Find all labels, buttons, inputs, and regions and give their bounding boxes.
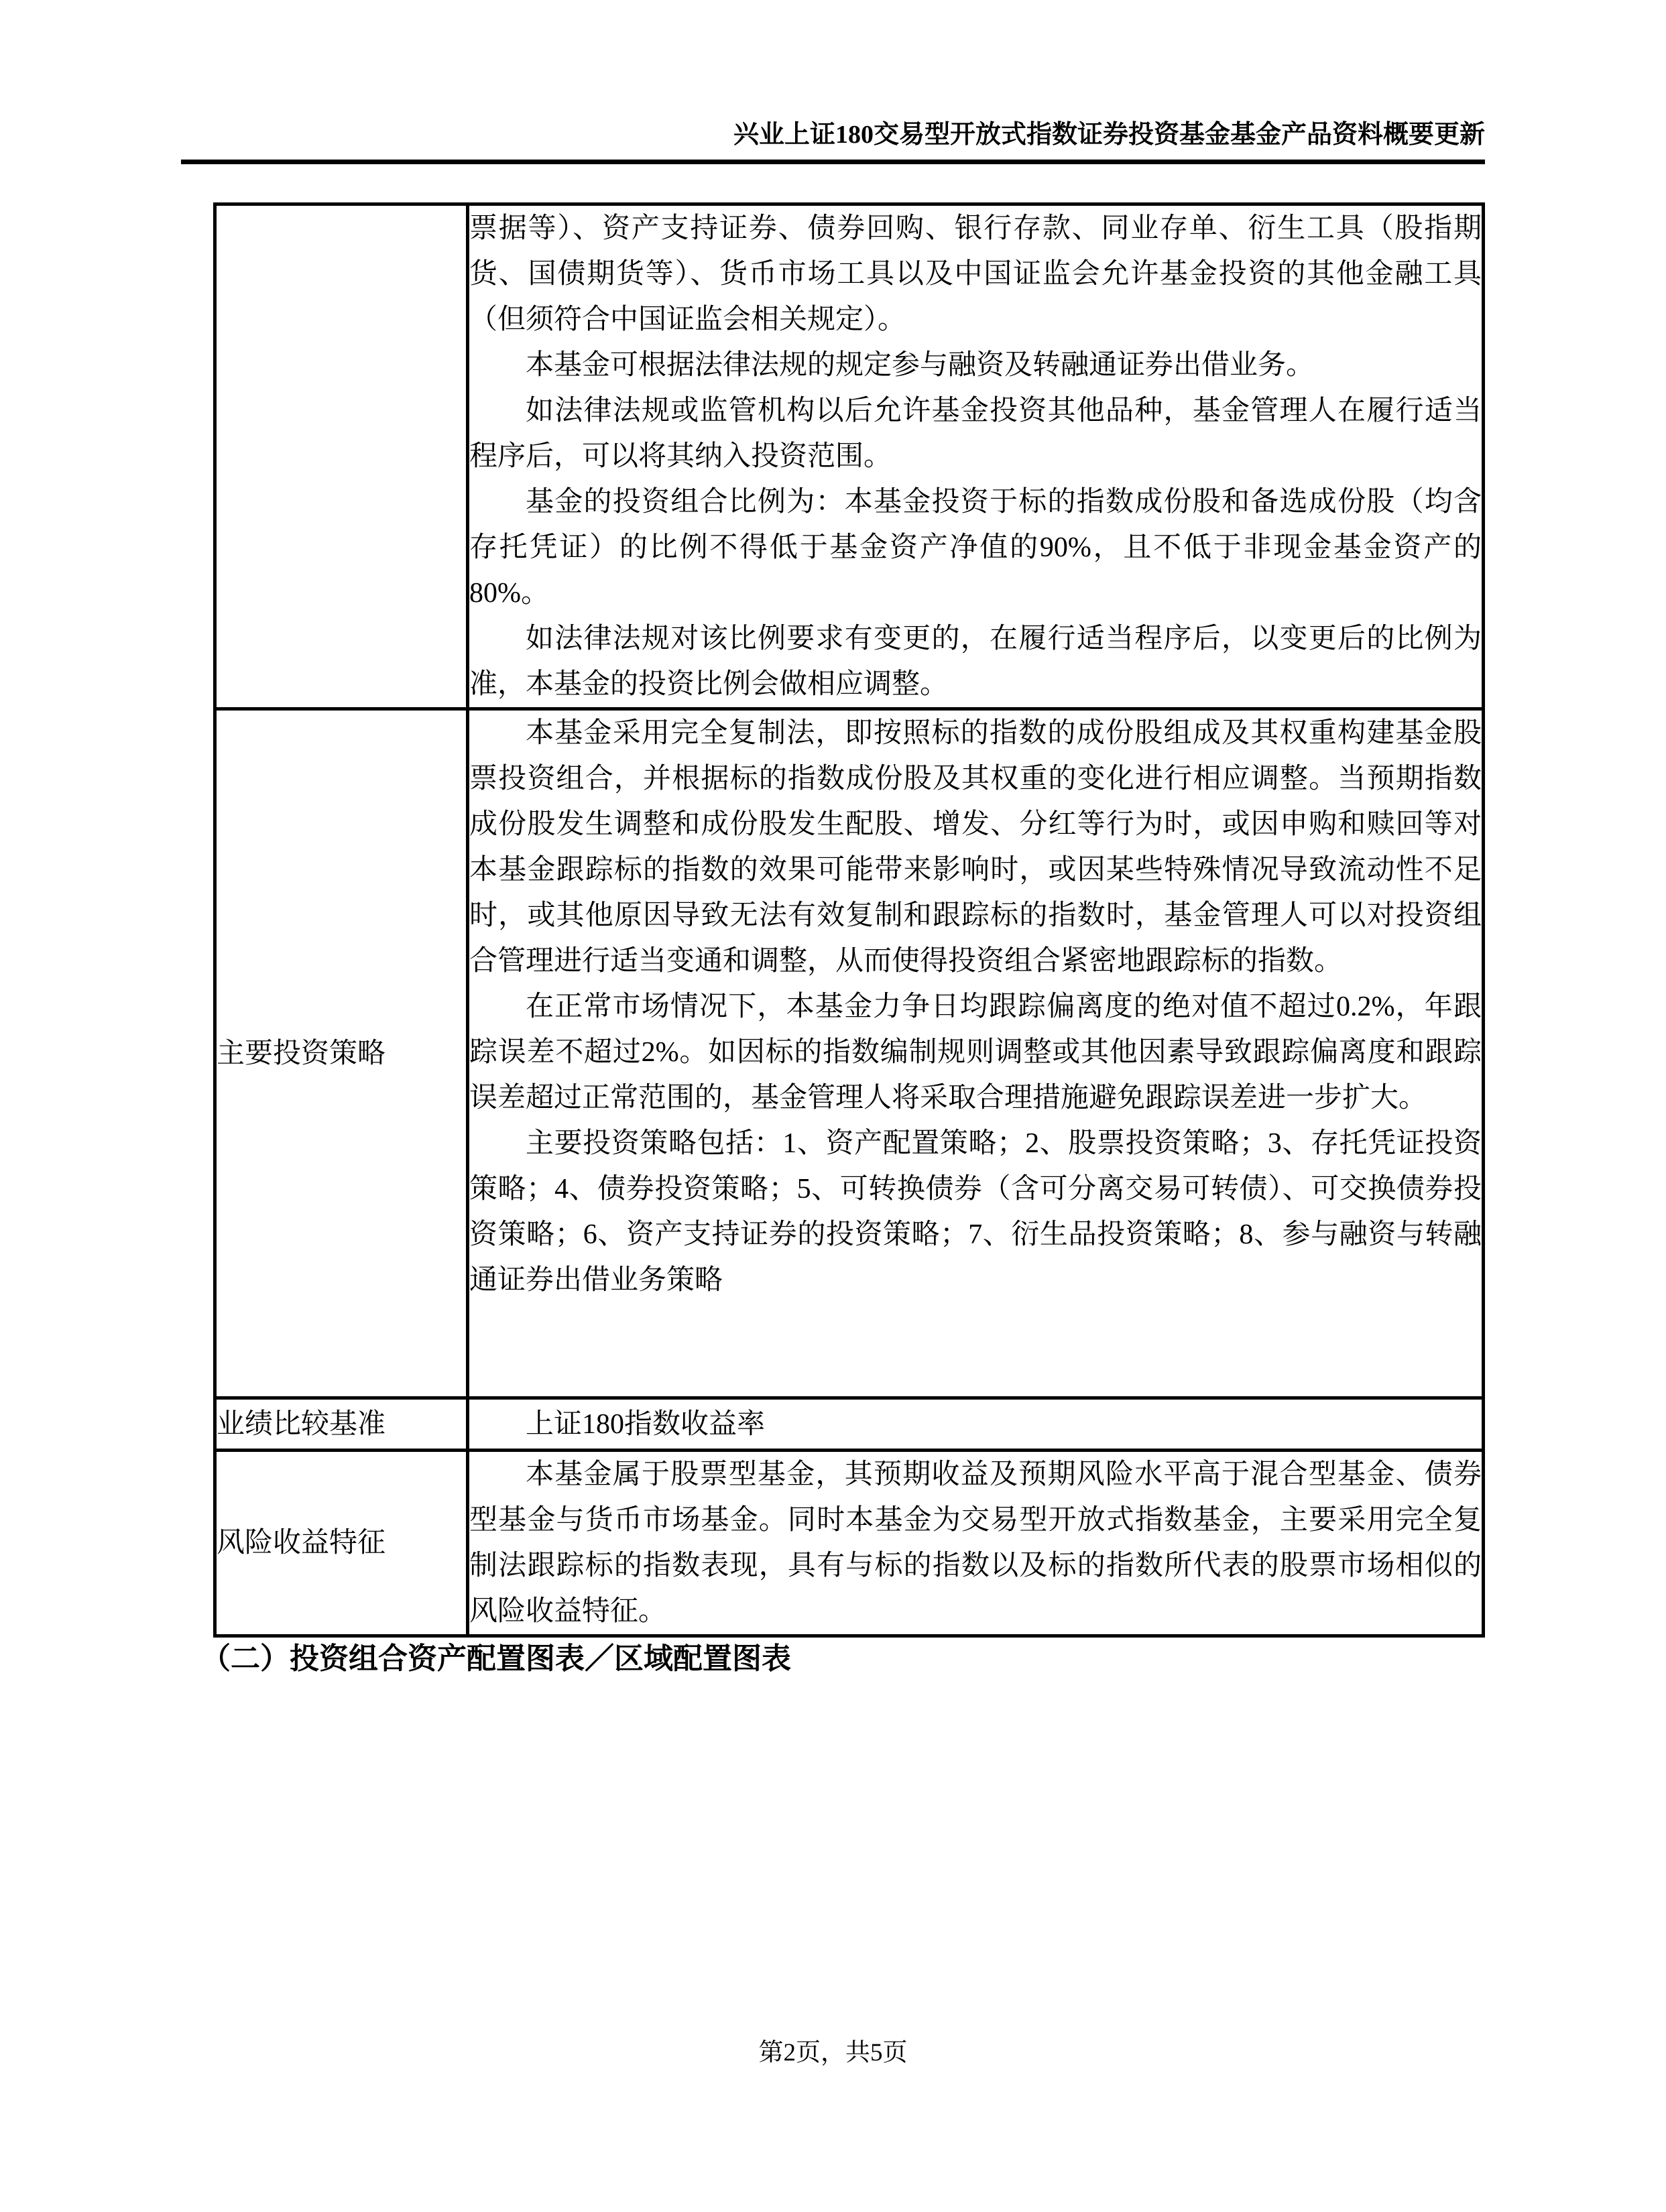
paragraph: 票据等）、资产支持证券、债券回购、银行存款、同业存单、衍生工具（股指期货、国债期…	[469, 206, 1482, 343]
paragraph: 上证180指数收益率	[469, 1402, 1482, 1447]
header-title: 兴业上证180交易型开放式指数证券投资基金基金产品资料概要更新	[733, 119, 1485, 150]
row-content-cell: 上证180指数收益率	[468, 1398, 1484, 1451]
row-label-cell: 主要投资策略	[215, 709, 468, 1398]
paragraph: 本基金属于股票型基金，其预期收益及预期风险水平高于混合型基金、债券型基金与货币市…	[469, 1452, 1482, 1634]
paragraph: 本基金采用完全复制法，即按照标的指数的成份股组成及其权重构建基金股票投资组合，并…	[469, 711, 1482, 984]
row-content-cell: 本基金采用完全复制法，即按照标的指数的成份股组成及其权重构建基金股票投资组合，并…	[468, 709, 1484, 1398]
row-content-cell: 本基金属于股票型基金，其预期收益及预期风险水平高于混合型基金、债券型基金与货币市…	[468, 1451, 1484, 1636]
paragraph: 如法律法规或监管机构以后允许基金投资其他品种，基金管理人在履行适当程序后，可以将…	[469, 388, 1482, 479]
paragraph: 主要投资策略包括：1、资产配置策略；2、股票投资策略；3、存托凭证投资策略；4、…	[469, 1121, 1482, 1303]
paragraph: 本基金可根据法律法规的规定参与融资及转融通证券出借业务。	[469, 343, 1482, 388]
paragraph: 如法律法规对该比例要求有变更的，在履行适当程序后，以变更后的比例为准，本基金的投…	[469, 616, 1482, 707]
row-label-cell: 风险收益特征	[215, 1451, 468, 1636]
page-number-footer: 第2页，共5页	[0, 2038, 1666, 2069]
table-row: 主要投资策略 本基金采用完全复制法，即按照标的指数的成份股组成及其权重构建基金股…	[215, 709, 1484, 1398]
header-rule	[181, 160, 1485, 164]
table-row: 票据等）、资产支持证券、债券回购、银行存款、同业存单、衍生工具（股指期货、国债期…	[215, 204, 1484, 709]
section-heading: （二）投资组合资产配置图表／区域配置图表	[201, 1640, 791, 1678]
document-page: 兴业上证180交易型开放式指数证券投资基金基金产品资料概要更新 票据等）、资产支…	[0, 0, 1666, 2212]
table-row: 业绩比较基准 上证180指数收益率	[215, 1398, 1484, 1451]
fund-info-table: 票据等）、资产支持证券、债券回购、银行存款、同业存单、衍生工具（股指期货、国债期…	[213, 202, 1485, 1638]
paragraph: 在正常市场情况下，本基金力争日均跟踪偏离度的绝对值不超过0.2%，年跟踪误差不超…	[469, 984, 1482, 1121]
paragraph: 基金的投资组合比例为：本基金投资于标的指数成份股和备选成份股（均含存托凭证）的比…	[469, 479, 1482, 616]
row-label-cell	[215, 204, 468, 709]
row-content-cell: 票据等）、资产支持证券、债券回购、银行存款、同业存单、衍生工具（股指期货、国债期…	[468, 204, 1484, 709]
table-row: 风险收益特征 本基金属于股票型基金，其预期收益及预期风险水平高于混合型基金、债券…	[215, 1451, 1484, 1636]
row-label-cell: 业绩比较基准	[215, 1398, 468, 1451]
